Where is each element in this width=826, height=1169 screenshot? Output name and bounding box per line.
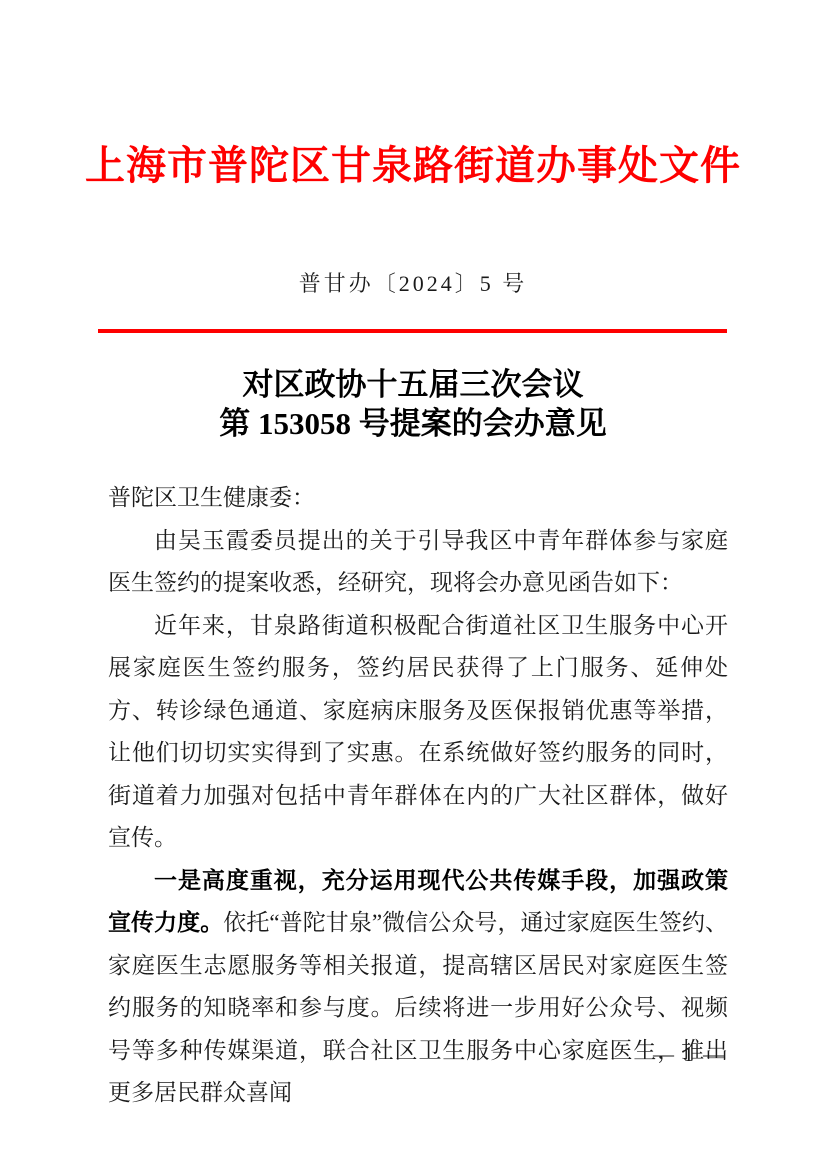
page-number: — 1 — [653, 1042, 726, 1067]
paragraph-background: 近年来，甘泉路街道积极配合街道社区卫生服务中心开展家庭医生签约服务，签约居民获得… [108, 605, 728, 860]
document-page: 上海市普陀区甘泉路街道办事处文件 普甘办〔2024〕5 号 对区政协十五届三次会… [0, 0, 826, 1169]
red-divider-line [98, 329, 727, 333]
document-header-org-title: 上海市普陀区甘泉路街道办事处文件 [0, 144, 826, 188]
paragraph-measure-one-rest: 依托“普陀甘泉”微信公众号，通过家庭医生签约、家庭医生志愿服务等相关报道，提高辖… [108, 910, 728, 1105]
document-title-line2: 第 153058 号提案的会办意见 [0, 404, 826, 443]
salutation-line: 普陀区卫生健康委： [108, 477, 728, 520]
document-body: 普陀区卫生健康委： 由吴玉霞委员提出的关于引导我区中青年群体参与家庭医生签约的提… [108, 477, 728, 1115]
document-title-line1: 对区政协十五届三次会议 [0, 365, 826, 404]
paragraph-measure-one: 一是高度重视，充分运用现代公共传媒手段，加强政策宣传力度。依托“普陀甘泉”微信公… [108, 860, 728, 1115]
paragraph-intro: 由吴玉霞委员提出的关于引导我区中青年群体参与家庭医生签约的提案收悉，经研究，现将… [108, 520, 728, 605]
document-number: 普甘办〔2024〕5 号 [0, 271, 826, 297]
document-title: 对区政协十五届三次会议 第 153058 号提案的会办意见 [0, 365, 826, 443]
